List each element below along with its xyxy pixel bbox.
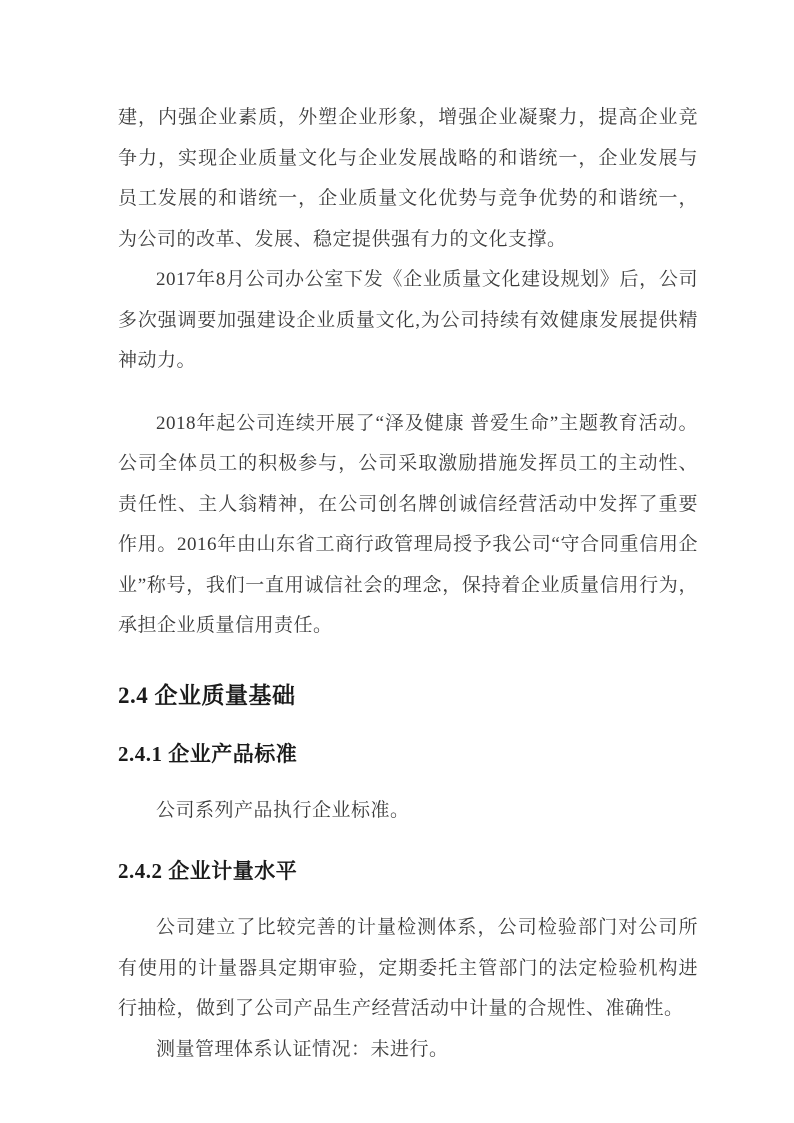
paragraph-metrology-inspection-system: 公司建立了比较完善的计量检测体系，公司检验部门对公司所有使用的计量器具定期审验，…: [118, 908, 698, 1030]
paragraph-quality-culture-continuation: 建，内强企业素质，外塑企业形象，增强企业凝聚力，提高企业竞争力，实现企业质量文化…: [118, 98, 698, 260]
paragraph-theme-education-activity-2018: 2018年起公司连续开展了“泽及健康 普爱生命”主题教育活动。公司全体员工的积极…: [118, 404, 698, 647]
subsection-heading-2-4-2-metrology-level: 2.4.2 企业计量水平: [118, 856, 698, 886]
document-content: 建，内强企业素质，外塑企业形象，增强企业凝聚力，提高企业竞争力，实现企业质量文化…: [118, 98, 698, 1070]
section-heading-2-4-enterprise-quality-foundation: 2.4 企业质量基础: [118, 679, 698, 713]
document-page: 建，内强企业素质，外塑企业形象，增强企业凝聚力，提高企业竞争力，实现企业质量文化…: [0, 0, 794, 1123]
paragraph-product-standard-statement: 公司系列产品执行企业标准。: [118, 791, 698, 832]
paragraph-measurement-certification-status: 测量管理体系认证情况：未进行。: [118, 1030, 698, 1071]
paragraph-quality-culture-plan-2017: 2017年8月公司办公室下发《企业质量文化建设规划》后，公司多次强调要加强建设企…: [118, 260, 698, 382]
subsection-heading-2-4-1-product-standards: 2.4.1 企业产品标准: [118, 739, 698, 769]
